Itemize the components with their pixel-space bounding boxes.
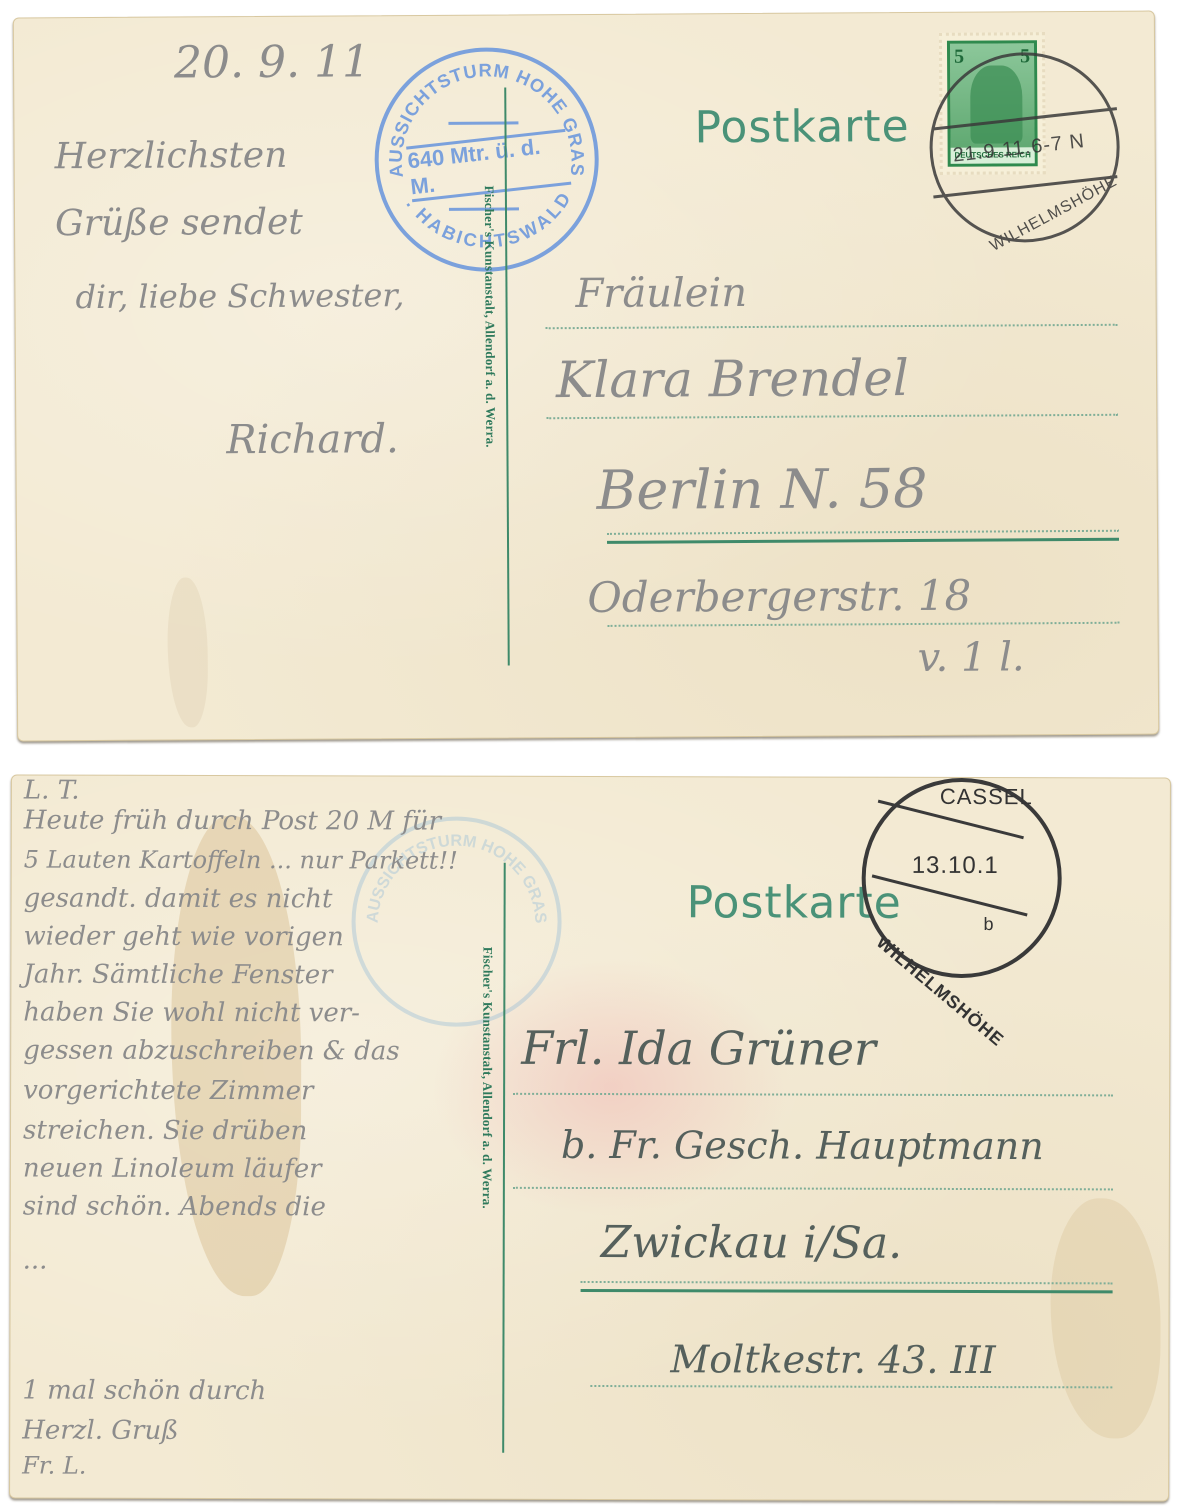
message-line: Jahr. Sämtliche Fenster — [23, 960, 332, 991]
postmark-bar — [933, 107, 1117, 130]
address-line: b. Fr. Gesch. Hauptmann — [561, 1123, 1044, 1168]
postmark-date: 21.9.11.6-7 N — [952, 130, 1086, 168]
address-dotted-line — [590, 1385, 1112, 1388]
postkarte-heading: Postkarte — [694, 101, 909, 153]
message-line: ... — [23, 1246, 48, 1276]
address-dotted-line — [546, 414, 1118, 419]
message-line: Herzl. Gruß — [22, 1416, 178, 1446]
message-line: haben Sie wohl nicht ver- — [23, 998, 360, 1029]
address-line: v. 1 l. — [918, 634, 1025, 681]
address-underline — [581, 1289, 1113, 1293]
publisher-imprint: Fischer's Kunstanstalt, Allendorf a. d. … — [479, 947, 496, 1209]
crease — [167, 577, 208, 727]
message-line: Herzlichsten — [55, 135, 288, 177]
stamp-value: 5 — [954, 46, 964, 69]
address-line: Zwickau i/Sa. — [601, 1217, 903, 1269]
handwritten-date: 20. 9. 11 — [174, 36, 370, 88]
message-line: vorgerichtete Zimmer — [23, 1076, 313, 1107]
message-line: gesandt. damit es nicht — [24, 884, 333, 915]
postcard-top: 20. 9. 11 Herzlichsten Grüße sendet dir,… — [13, 11, 1159, 742]
message-line: 5 Lauten Kartoffeln ... nur Parkett!! — [24, 846, 458, 875]
publisher-imprint: Fischer's Kunstanstalt, Allendorf a. d. … — [481, 186, 499, 448]
address-line: Frl. Ida Grüner — [521, 1021, 876, 1076]
message-line: streichen. Sie drüben — [23, 1116, 307, 1147]
message-line: wieder geht wie vorigen — [23, 922, 343, 953]
postmark: CASSEL 13.10.1 b WILHELMSHÖHE — [861, 778, 1062, 979]
water-stain — [1050, 1198, 1161, 1438]
postcard-bottom: AUSSICHTSTURM HOHE GRAS L. T. Heute früh… — [9, 774, 1171, 1501]
address-line: Oderbergerstr. 18 — [587, 571, 971, 622]
message-line: Grüße sendet — [55, 202, 303, 245]
address-dotted-line — [607, 530, 1119, 535]
postmark-place-bottom: WILHELMSHÖHE — [872, 932, 1008, 1051]
message-line: Fr. L. — [22, 1452, 86, 1480]
address-line: Klara Brendel — [556, 349, 909, 409]
postmark-place-top: CASSEL — [940, 784, 1033, 810]
message-line: sind schön. Abends die — [23, 1192, 326, 1223]
postmark: 21.9.11.6-7 N WILHELMSHÖHE — [929, 52, 1120, 243]
svg-text:AUSSICHTSTURM HOHE GRAS: AUSSICHTSTURM HOHE GRAS — [364, 831, 550, 924]
signature: Richard. — [226, 416, 399, 463]
address-line: Moltkestr. 43. III — [670, 1337, 995, 1382]
postmark-letter: b — [984, 914, 995, 935]
address-line: Fräulein — [575, 270, 747, 317]
address-dotted-line — [546, 324, 1118, 329]
message-line: L. T. — [24, 776, 80, 806]
message-line: gessen abzuschreiben & das — [23, 1036, 399, 1067]
message-line: 1 mal schön durch — [22, 1376, 266, 1407]
postmark-bar — [872, 874, 1028, 916]
address-line: Berlin N. 58 — [597, 457, 928, 522]
message-line: neuen Linoleum läufer — [23, 1154, 322, 1185]
address-underline — [607, 538, 1119, 544]
address-dotted-line — [608, 622, 1120, 627]
message-line: dir, liebe Schwester, — [75, 276, 404, 316]
address-dotted-line — [581, 1281, 1113, 1284]
postmark-date: 13.10.1 — [912, 852, 999, 880]
ornament-icon — [448, 111, 518, 124]
message-line: Heute früh durch Post 20 M für — [24, 806, 441, 837]
